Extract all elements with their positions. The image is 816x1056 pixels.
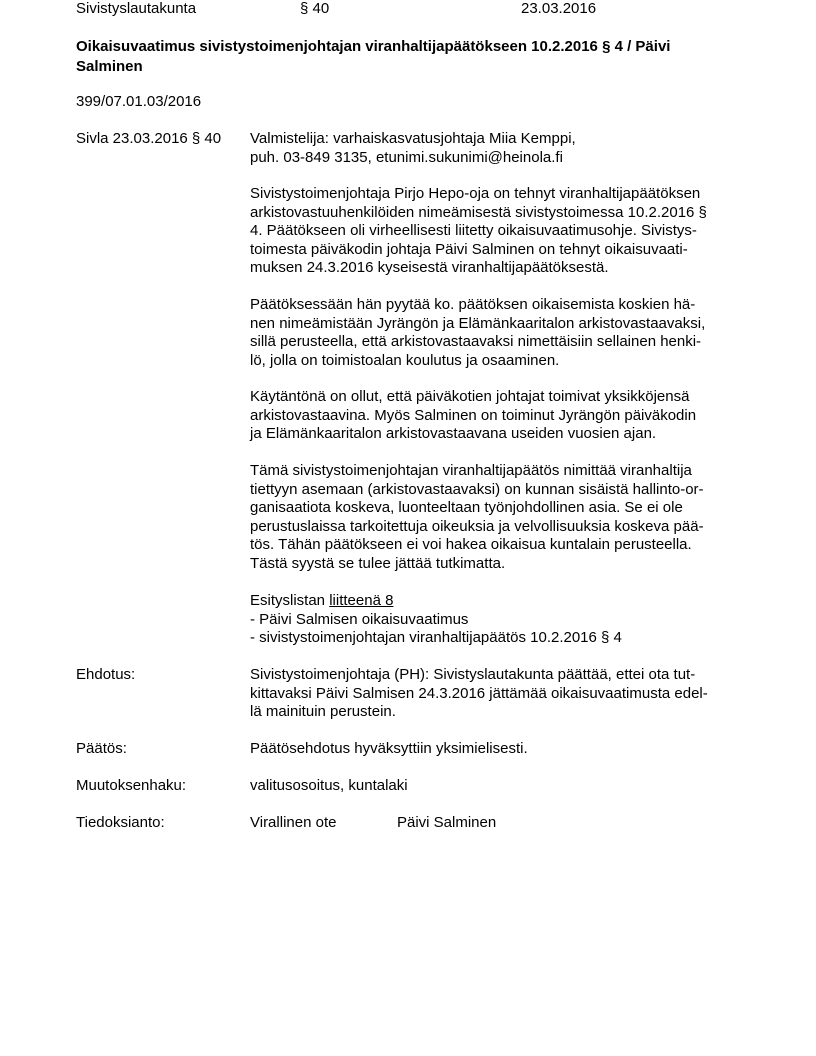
- header-date: 23.03.2016: [521, 0, 596, 19]
- document-title: Oikaisuvaatimus sivistystoimenjohtajan v…: [76, 37, 736, 77]
- preparer-line: Valmistelija: varhaiskasvatusjohtaja Mii…: [250, 130, 576, 149]
- paragraph-practice: Käytäntönä on ollut, että päiväkotien jo…: [250, 388, 696, 444]
- attachments-prefix: Esityslistan: [250, 592, 329, 609]
- paragraph-background: Sivistystoimenjohtaja Pirjo Hepo-oja on …: [250, 185, 707, 278]
- text-line: tiettyyn asemaan (arkistovastaavaksi) on…: [250, 481, 704, 500]
- text-line: arkistovastuuhenkilöiden nimeämisestä si…: [250, 204, 707, 223]
- attachments-header: Esityslistan liitteenä 8: [250, 592, 622, 611]
- diary-number: 399/07.01.03/2016: [76, 93, 201, 112]
- text-line: Käytäntönä on ollut, että päiväkotien jo…: [250, 388, 696, 407]
- preparer-info: Valmistelija: varhaiskasvatusjohtaja Mii…: [250, 130, 576, 167]
- appeal-text: valitusosoitus, kuntalaki: [250, 777, 408, 796]
- text-line: ganisaatiota koskeva, luonteeltaan työnj…: [250, 499, 704, 518]
- text-line: tös. Tähän päätökseen ei voi hakea oikai…: [250, 536, 704, 555]
- notification-type: Virallinen ote: [250, 814, 336, 833]
- text-line: muksen 24.3.2016 kyseisestä viranhaltija…: [250, 259, 707, 278]
- text-line: ja Elämänkaaritalon arkistovastaavana us…: [250, 425, 696, 444]
- text-line: Sivistystoimenjohtaja Pirjo Hepo-oja on …: [250, 185, 707, 204]
- decision-label: Päätös:: [76, 740, 127, 759]
- paragraph-request: Päätöksessään hän pyytää ko. päätöksen o…: [250, 296, 705, 370]
- decision-text: Päätösehdotus hyväksyttiin yksimielisest…: [250, 740, 528, 759]
- text-line: Tästä syystä se tulee jättää tutkimatta.: [250, 555, 704, 574]
- text-line: 4. Päätökseen oli virheellisesti liitett…: [250, 222, 707, 241]
- text-line: toimesta päiväkodin johtaja Päivi Salmin…: [250, 241, 707, 260]
- text-line: nen nimeämistään Jyrängön ja Elämänkaari…: [250, 315, 705, 334]
- text-line: Sivistystoimenjohtaja (PH): Sivistyslaut…: [250, 666, 708, 685]
- notification-recipient: Päivi Salminen: [397, 814, 496, 833]
- meeting-reference: Sivla 23.03.2016 § 40: [76, 130, 221, 149]
- attachments: Esityslistan liitteenä 8 - Päivi Salmise…: [250, 592, 622, 648]
- preparer-contact: puh. 03-849 3135, etunimi.sukunimi@heino…: [250, 149, 576, 168]
- paragraph-reasoning: Tämä sivistystoimenjohtajan viranhaltija…: [250, 462, 704, 574]
- text-line: arkistovastaavina. Myös Salminen on toim…: [250, 407, 696, 426]
- attachment-item: - Päivi Salmisen oikaisuvaatimus: [250, 611, 622, 630]
- attachment-item: - sivistystoimenjohtajan viranhaltijapää…: [250, 629, 622, 648]
- header-section: § 40: [300, 0, 329, 19]
- text-line: Tämä sivistystoimenjohtajan viranhaltija…: [250, 462, 704, 481]
- header-body: Sivistyslautakunta: [76, 0, 196, 19]
- notification-label: Tiedoksianto:: [76, 814, 165, 833]
- text-line: Päätöksessään hän pyytää ko. päätöksen o…: [250, 296, 705, 315]
- text-line: lä mainituin perustein.: [250, 703, 708, 722]
- text-line: sillä perusteella, että arkistovastaavak…: [250, 333, 705, 352]
- text-line: kittavaksi Päivi Salmisen 24.3.2016 jätt…: [250, 685, 708, 704]
- text-line: perustuslaissa tarkoitettuja oikeuksia j…: [250, 518, 704, 537]
- appeal-label: Muutoksenhaku:: [76, 777, 186, 796]
- text-line: lö, jolla on toimistoalan koulutus ja os…: [250, 352, 705, 371]
- attachment-link[interactable]: liitteenä 8: [329, 592, 393, 609]
- proposal-text: Sivistystoimenjohtaja (PH): Sivistyslaut…: [250, 666, 708, 722]
- proposal-label: Ehdotus:: [76, 666, 135, 685]
